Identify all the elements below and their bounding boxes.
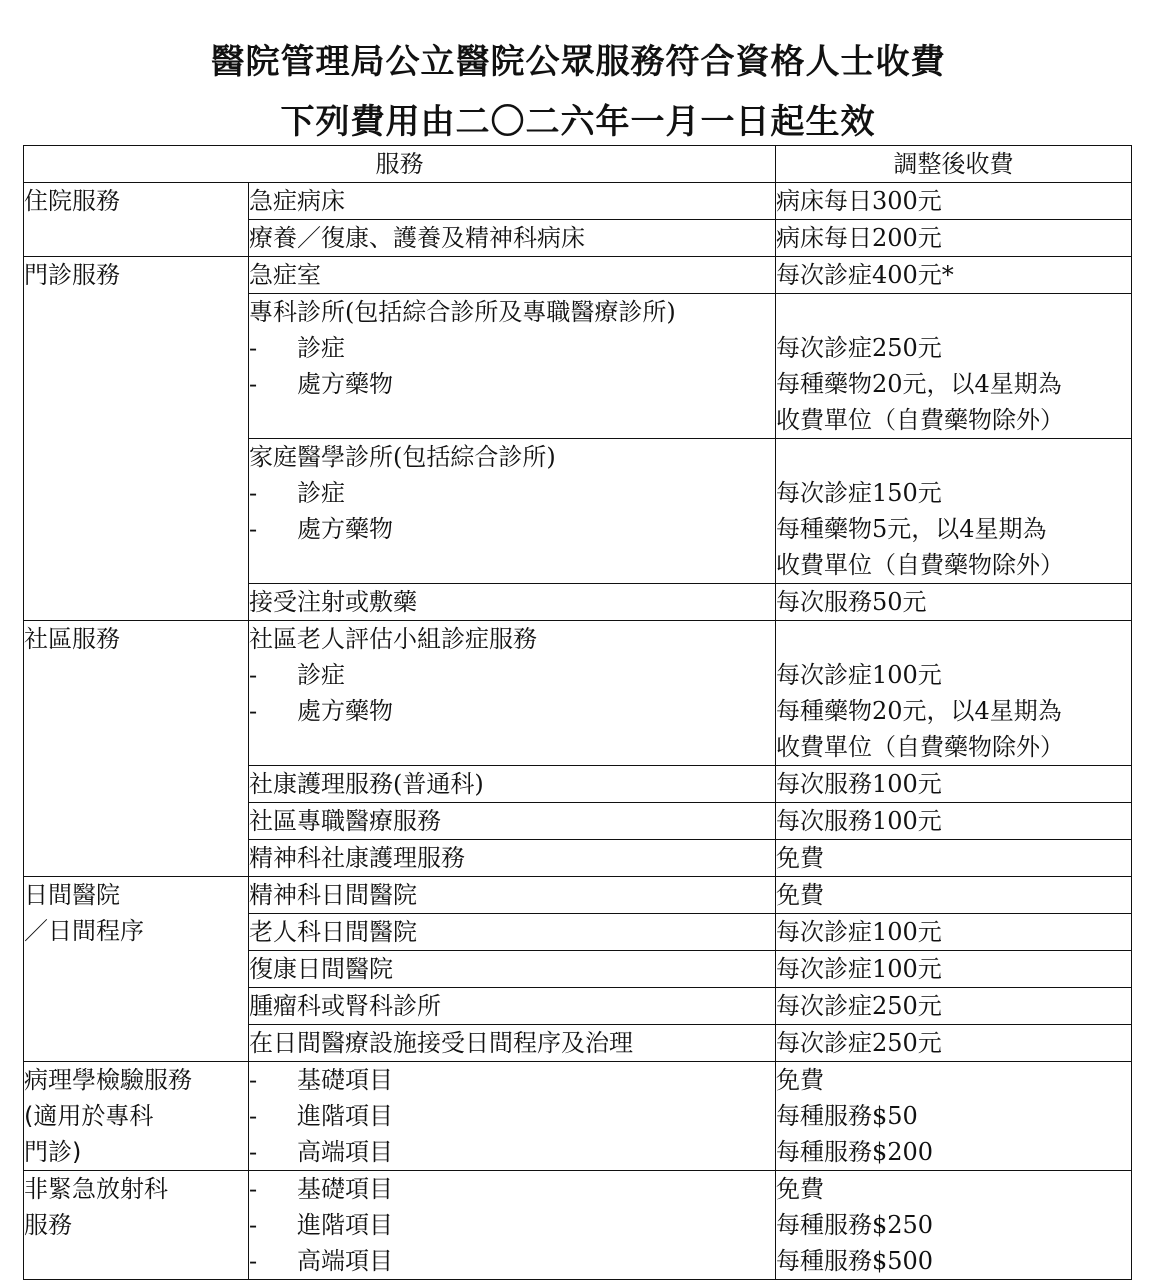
table-row: 病理學檢驗服務 (適用於專科 門診) -基礎項目 -進階項目 -高端項目 免費 … — [24, 1062, 1132, 1171]
sub-item: -診症 — [249, 657, 775, 693]
service-cell: 社區老人評估小組診症服務 -診症 -處方藥物 — [249, 621, 776, 766]
service-name: 專科診所(包括綜合診所及專職醫療診所) — [249, 294, 775, 330]
service-cell: 在日間醫療設施接受日間程序及治理 — [249, 1025, 776, 1062]
fee-cell: 每次診症250元 每種藥物20元，以4星期為 收費單位（自費藥物除外） — [776, 294, 1132, 439]
service-cell: -基礎項目 -進階項目 -高端項目 — [249, 1062, 776, 1171]
category-day-hospital: 日間醫院 ／日間程序 — [24, 877, 249, 1062]
header-fee: 調整後收費 — [776, 146, 1132, 183]
category-community: 社區服務 — [24, 621, 249, 877]
service-cell: 精神科社康護理服務 — [249, 840, 776, 877]
service-cell: 接受注射或敷藥 — [249, 584, 776, 621]
fee-cell: 病床每日200元 — [776, 220, 1132, 257]
fee-cell: 病床每日300元 — [776, 183, 1132, 220]
sub-item: -處方藥物 — [249, 511, 775, 547]
service-cell: -基礎項目 -進階項目 -高端項目 — [249, 1171, 776, 1280]
table-row: 社區服務 社區老人評估小組診症服務 -診症 -處方藥物 每次診症100元 每種藥… — [24, 621, 1132, 766]
category-radiology: 非緊急放射科 服務 — [24, 1171, 249, 1280]
fee-cell: 每次診症100元 每種藥物20元，以4星期為 收費單位（自費藥物除外） — [776, 621, 1132, 766]
fee-cell: 每次診症400元* — [776, 257, 1132, 294]
sub-item: -基礎項目 — [249, 1171, 775, 1207]
fee-table: 服務 調整後收費 住院服務 急症病床 病床每日300元 療養／復康、護養及精神科… — [23, 145, 1132, 1280]
service-cell: 復康日間醫院 — [249, 951, 776, 988]
service-cell: 療養／復康、護養及精神科病床 — [249, 220, 776, 257]
service-cell: 急症病床 — [249, 183, 776, 220]
sub-item: -進階項目 — [249, 1098, 775, 1134]
sub-item: -處方藥物 — [249, 366, 775, 402]
effective-date-subtitle: 下列費用由二〇二六年一月一日起生效 — [0, 102, 1156, 142]
sub-item: -診症 — [249, 330, 775, 366]
sub-item: -處方藥物 — [249, 693, 775, 729]
fee-cell: 免費 — [776, 877, 1132, 914]
fee-cell: 每次診症100元 — [776, 951, 1132, 988]
service-cell: 精神科日間醫院 — [249, 877, 776, 914]
table-row: 日間醫院 ／日間程序 精神科日間醫院 免費 — [24, 877, 1132, 914]
fee-cell: 每次服務100元 — [776, 766, 1132, 803]
sub-item: -診症 — [249, 475, 775, 511]
category-pathology: 病理學檢驗服務 (適用於專科 門診) — [24, 1062, 249, 1171]
fee-cell: 每次診症250元 — [776, 988, 1132, 1025]
table-row: 非緊急放射科 服務 -基礎項目 -進階項目 -高端項目 免費 每種服務$250 … — [24, 1171, 1132, 1280]
fee-cell: 每次診症100元 — [776, 914, 1132, 951]
sub-item: -高端項目 — [249, 1243, 775, 1279]
header-service: 服務 — [24, 146, 776, 183]
service-name: 家庭醫學診所(包括綜合診所) — [249, 439, 775, 475]
service-cell: 家庭醫學診所(包括綜合診所) -診症 -處方藥物 — [249, 439, 776, 584]
document-title: 醫院管理局公立醫院公眾服務符合資格人士收費 — [0, 42, 1156, 82]
category-inpatient: 住院服務 — [24, 183, 249, 257]
service-cell: 腫瘤科或腎科診所 — [249, 988, 776, 1025]
sub-item: -高端項目 — [249, 1134, 775, 1170]
fee-cell: 免費 — [776, 840, 1132, 877]
category-outpatient: 門診服務 — [24, 257, 249, 621]
fee-cell: 免費 每種服務$250 每種服務$500 — [776, 1171, 1132, 1280]
sub-item: -進階項目 — [249, 1207, 775, 1243]
service-cell: 專科診所(包括綜合診所及專職醫療診所) -診症 -處方藥物 — [249, 294, 776, 439]
table-row: 門診服務 急症室 每次診症400元* — [24, 257, 1132, 294]
fee-cell: 每次服務100元 — [776, 803, 1132, 840]
fee-cell: 每次診症150元 每種藥物5元，以4星期為 收費單位（自費藥物除外） — [776, 439, 1132, 584]
service-cell: 老人科日間醫院 — [249, 914, 776, 951]
service-cell: 急症室 — [249, 257, 776, 294]
service-name: 社區老人評估小組診症服務 — [249, 621, 775, 657]
table-header-row: 服務 調整後收費 — [24, 146, 1132, 183]
fee-cell: 每次服務50元 — [776, 584, 1132, 621]
table-row: 住院服務 急症病床 病床每日300元 — [24, 183, 1132, 220]
service-cell: 社區專職醫療服務 — [249, 803, 776, 840]
sub-item: -基礎項目 — [249, 1062, 775, 1098]
fee-cell: 免費 每種服務$50 每種服務$200 — [776, 1062, 1132, 1171]
service-cell: 社康護理服務(普通科) — [249, 766, 776, 803]
fee-cell: 每次診症250元 — [776, 1025, 1132, 1062]
